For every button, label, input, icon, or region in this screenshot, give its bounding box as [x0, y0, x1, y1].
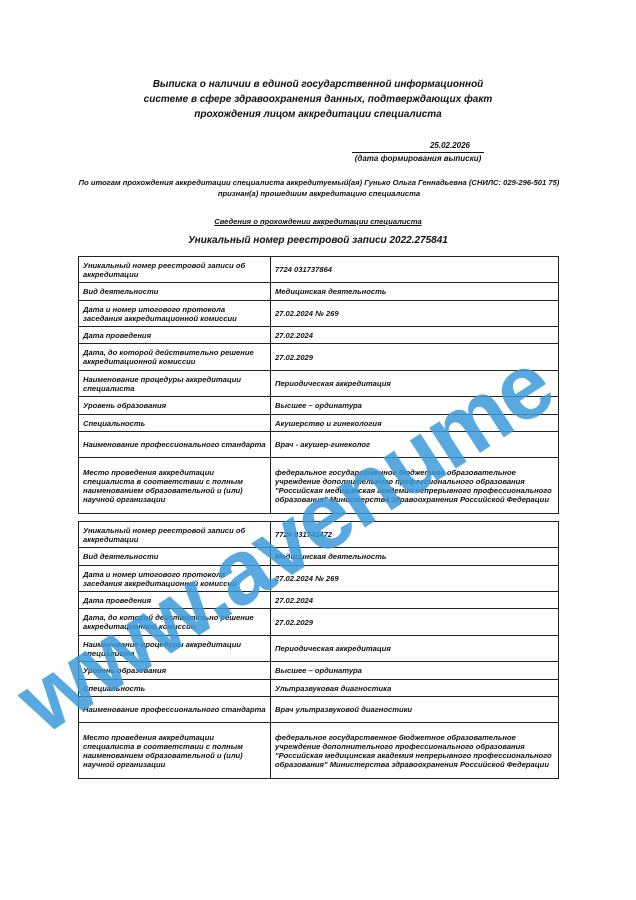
table-row: Наименование профессионального стандарта…: [79, 432, 559, 458]
table-row: Специальность Ультразвуковая диагностика: [79, 680, 559, 697]
section-heading: Сведения о прохождении аккредитации спец…: [100, 217, 536, 226]
row-value: Высшее – ординатура: [271, 662, 559, 680]
title-line: системе в сфере здравоохранения данных, …: [60, 92, 576, 107]
document-title: Выписка о наличии в единой государственн…: [60, 77, 576, 122]
table-row: Специальность Акушерство и гинекология: [79, 415, 559, 432]
registry-number: Уникальный номер реестровой записи 2022.…: [100, 235, 536, 246]
row-value: Медицинская деятельность: [271, 283, 559, 301]
row-value: 27.02.2029: [271, 609, 559, 636]
row-label: Наименование процедуры аккредитации спец…: [79, 636, 271, 662]
date-underline: [352, 152, 484, 153]
table-row: Дата, до которой действительно решение а…: [79, 609, 559, 636]
row-label: Место проведения аккредитации специалист…: [79, 723, 271, 779]
row-value: 27.02.2024 № 269: [271, 566, 559, 592]
table-row: Наименование процедуры аккредитации спец…: [79, 636, 559, 662]
row-value: Врач - акушер-гинеколог: [271, 432, 559, 458]
table-row: Наименование профессионального стандарта…: [79, 697, 559, 723]
row-value: 27.02.2024: [271, 327, 559, 344]
row-label: Вид деятельности: [79, 548, 271, 566]
row-value: Акушерство и гинекология: [271, 415, 559, 432]
row-value: 7724 031741472: [271, 522, 559, 548]
accreditation-record-table: Уникальный номер реестровой записи об ак…: [78, 256, 559, 514]
table-row: Дата и номер итогового протокола заседан…: [79, 301, 559, 327]
table-row: Наименование процедуры аккредитации спец…: [79, 371, 559, 397]
row-label: Дата и номер итогового протокола заседан…: [79, 566, 271, 592]
document-page: Выписка о наличии в единой государственн…: [0, 0, 636, 900]
row-value: Медицинская деятельность: [271, 548, 559, 566]
accreditation-record-table: Уникальный номер реестровой записи об ак…: [78, 521, 559, 779]
row-value: Ультразвуковая диагностика: [271, 680, 559, 697]
table-row: Уровень образования Высшее – ординатура: [79, 397, 559, 415]
row-label: Наименование процедуры аккредитации спец…: [79, 371, 271, 397]
row-label: Дата проведения: [79, 327, 271, 344]
row-label: Дата, до которой действительно решение а…: [79, 609, 271, 636]
table-row: Уровень образования Высшее – ординатура: [79, 662, 559, 680]
row-value: Периодическая аккредитация: [271, 371, 559, 397]
row-value: федеральное государственное бюджетное об…: [271, 723, 559, 779]
title-line: Выписка о наличии в единой государственн…: [60, 77, 576, 92]
table-row: Вид деятельности Медицинская деятельност…: [79, 283, 559, 301]
row-value: 7724 031737864: [271, 257, 559, 283]
row-value: 27.02.2024 № 269: [271, 301, 559, 327]
row-label: Наименование профессионального стандарта: [79, 697, 271, 723]
row-label: Уникальный номер реестровой записи об ак…: [79, 257, 271, 283]
row-value: 27.02.2029: [271, 344, 559, 371]
row-value: федеральное государственное бюджетное об…: [271, 458, 559, 514]
table-row: Уникальный номер реестровой записи об ак…: [79, 522, 559, 548]
row-label: Место проведения аккредитации специалист…: [79, 458, 271, 514]
row-label: Вид деятельности: [79, 283, 271, 301]
issue-date-block: 25.02.2026 (дата формирования выписки): [352, 140, 484, 164]
table-row: Место проведения аккредитации специалист…: [79, 458, 559, 514]
table-row: Дата и номер итогового протокола заседан…: [79, 566, 559, 592]
table-row: Дата, до которой действительно решение а…: [79, 344, 559, 371]
table-row: Дата проведения 27.02.2024: [79, 592, 559, 609]
row-value: 27.02.2024: [271, 592, 559, 609]
table-row: Вид деятельности Медицинская деятельност…: [79, 548, 559, 566]
row-value: Высшее – ординатура: [271, 397, 559, 415]
row-label: Специальность: [79, 680, 271, 697]
table-row: Дата проведения 27.02.2024: [79, 327, 559, 344]
row-label: Дата проведения: [79, 592, 271, 609]
row-label: Дата и номер итогового протокола заседан…: [79, 301, 271, 327]
title-line: прохождения лицом аккредитации специалис…: [60, 107, 576, 122]
table-row: Уникальный номер реестровой записи об ак…: [79, 257, 559, 283]
intro-paragraph: По итогам прохождения аккредитации специ…: [74, 177, 564, 199]
row-value: Врач ультразвуковой диагностики: [271, 697, 559, 723]
table-row: Место проведения аккредитации специалист…: [79, 723, 559, 779]
row-label: Уникальный номер реестровой записи об ак…: [79, 522, 271, 548]
row-label: Наименование профессионального стандарта: [79, 432, 271, 458]
issue-date: 25.02.2026: [352, 140, 484, 151]
issue-date-caption: (дата формирования выписки): [352, 154, 484, 164]
row-label: Уровень образования: [79, 662, 271, 680]
row-label: Уровень образования: [79, 397, 271, 415]
row-value: Периодическая аккредитация: [271, 636, 559, 662]
row-label: Дата, до которой действительно решение а…: [79, 344, 271, 371]
row-label: Специальность: [79, 415, 271, 432]
